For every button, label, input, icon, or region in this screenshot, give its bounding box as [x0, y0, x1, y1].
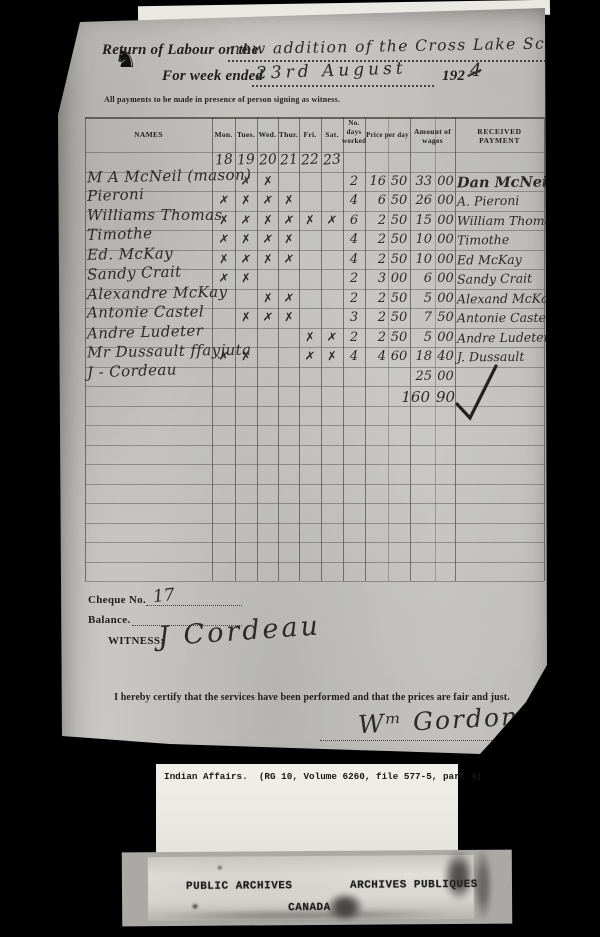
- worker-name: J - Cordeau: [87, 360, 177, 381]
- signature-dotted-line: [320, 740, 516, 741]
- cheque-label: Cheque No.: [88, 594, 146, 606]
- archive-stamp-strip: PUBLIC ARCHIVES ARCHIVES PUBLIQUES CANAD…: [122, 850, 513, 927]
- labour-return-form: ♞ Return of Labour on the new addition o…: [50, 6, 550, 766]
- ink-smudge: [474, 850, 492, 920]
- stamp-public-archives: PUBLIC ARCHIVES: [186, 880, 293, 893]
- corner-mark: A: [510, 742, 517, 752]
- checkmark-icon: [451, 360, 501, 422]
- archive-reference-card: Indian Affairs. (RG 10, Volume 6260, fil…: [156, 764, 458, 857]
- ink-smudge: [192, 904, 198, 909]
- archive-reference: Indian Affairs. (RG 10, Volume 6260, fil…: [164, 771, 482, 782]
- ink-smudge: [218, 866, 222, 870]
- archival-scan: ♞ Return of Labour on the new addition o…: [0, 0, 600, 937]
- amount-dollars: 25: [406, 369, 432, 384]
- cheque-number: 17: [152, 585, 176, 607]
- witness-label: WITNESS:: [108, 635, 164, 647]
- certification-text: I hereby certify that the services have …: [102, 692, 522, 703]
- total-dollars: 160: [398, 388, 430, 406]
- ink-smudge: [444, 852, 474, 900]
- balance-label: Balance.: [88, 614, 130, 626]
